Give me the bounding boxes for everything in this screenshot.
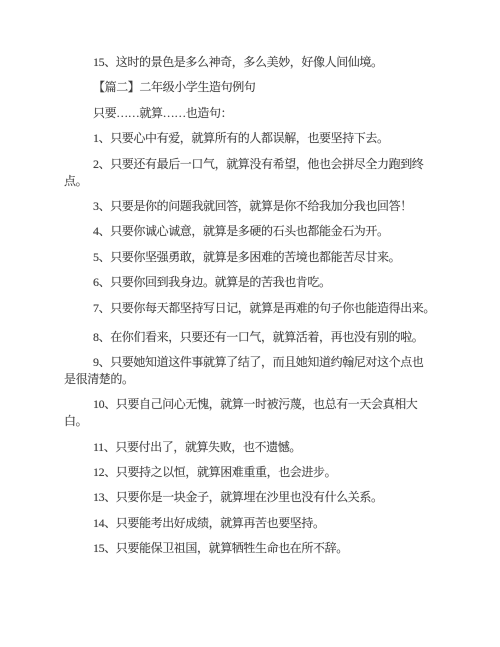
sentence-item-prev-15: 15、这时的景色是多么神奇，多么美妙，好像人间仙境。: [64, 54, 474, 71]
text-line: 10、只要自己问心无愧，就算一时被污蔑，也总有一天会真相大: [64, 396, 474, 413]
pattern-heading: 只要……就算……也造句：: [64, 105, 474, 122]
sentence-item-11: 11、只要付出了，就算失败，也不遗憾。: [64, 439, 474, 456]
text-line: 13、只要你是一块金子，就算埋在沙里也没有什么关系。: [64, 489, 474, 506]
sentence-item-4: 4、只要你诚心诚意，就算是多硬的石头也都能金石为开。: [64, 223, 474, 240]
sentence-item-1: 1、只要心中有爱，就算所有的人都误解，也要坚持下去。: [64, 130, 474, 147]
text-line: 11、只要付出了，就算失败，也不遗憾。: [64, 439, 474, 456]
sentence-item-10: 10、只要自己问心无愧，就算一时被污蔑，也总有一天会真相大白。: [64, 396, 474, 430]
document-content: 15、这时的景色是多么神奇，多么美妙，好像人间仙境。【篇二】二年级小学生造句例句…: [64, 54, 474, 566]
text-line: 9、只要她知道这件事就算了结了，而且她知道约翰尼对这个点也: [64, 354, 474, 371]
sentence-item-12: 12、只要持之以恒，就算困难重重，也会进步。: [64, 464, 474, 481]
section-title: 【篇二】二年级小学生造句例句: [64, 79, 474, 96]
text-line: 8、在你们看来，只要还有一口气，就算活着，再也没有别的啦。: [64, 329, 474, 346]
text-line: 2、只要还有最后一口气，就算没有希望，他也会拼尽全力跑到终: [64, 156, 474, 173]
text-line: 12、只要持之以恒，就算困难重重，也会进步。: [64, 464, 474, 481]
text-line: 6、只要你回到我身边。就算是的苦我也肯吃。: [64, 274, 474, 291]
text-line: 15、这时的景色是多么神奇，多么美妙，好像人间仙境。: [64, 54, 474, 71]
sentence-item-2: 2、只要还有最后一口气，就算没有希望，他也会拼尽全力跑到终点。: [64, 156, 474, 190]
sentence-item-15: 15、只要能保卫祖国，就算牺牲生命也在所不辞。: [64, 540, 474, 557]
sentence-item-3: 3、只要是你的问题我就回答，就算是你不给我加分我也回答！: [64, 198, 474, 215]
text-line: 3、只要是你的问题我就回答，就算是你不给我加分我也回答！: [64, 198, 474, 215]
text-line: 【篇二】二年级小学生造句例句: [64, 79, 474, 96]
sentence-item-6: 6、只要你回到我身边。就算是的苦我也肯吃。: [64, 274, 474, 291]
text-line: 是很清楚的。: [64, 371, 474, 388]
text-line: 14、只要能考出好成绩，就算再苦也要坚持。: [64, 515, 474, 532]
text-line: 1、只要心中有爱，就算所有的人都误解，也要坚持下去。: [64, 130, 474, 147]
text-line: 4、只要你诚心诚意，就算是多硬的石头也都能金石为开。: [64, 223, 474, 240]
text-line: 白。: [64, 413, 474, 430]
sentence-item-13: 13、只要你是一块金子，就算埋在沙里也没有什么关系。: [64, 489, 474, 506]
sentence-item-7: 7、只要你每天都坚持写日记，就算是再难的句子你也能造得出来。: [64, 300, 474, 317]
sentence-item-8: 8、在你们看来，只要还有一口气，就算活着，再也没有别的啦。: [64, 329, 474, 346]
sentence-item-9: 9、只要她知道这件事就算了结了，而且她知道约翰尼对这个点也是很清楚的。: [64, 354, 474, 388]
text-line: 点。: [64, 173, 474, 190]
sentence-item-14: 14、只要能考出好成绩，就算再苦也要坚持。: [64, 515, 474, 532]
text-line: 5、只要你坚强勇敢，就算是多困难的苦境也都能苦尽甘来。: [64, 249, 474, 266]
text-line: 15、只要能保卫祖国，就算牺牲生命也在所不辞。: [64, 540, 474, 557]
document-page: 15、这时的景色是多么神奇，多么美妙，好像人间仙境。【篇二】二年级小学生造句例句…: [0, 0, 500, 647]
sentence-item-5: 5、只要你坚强勇敢，就算是多困难的苦境也都能苦尽甘来。: [64, 249, 474, 266]
text-line: 只要……就算……也造句：: [64, 105, 474, 122]
text-line: 7、只要你每天都坚持写日记，就算是再难的句子你也能造得出来。: [64, 300, 474, 317]
